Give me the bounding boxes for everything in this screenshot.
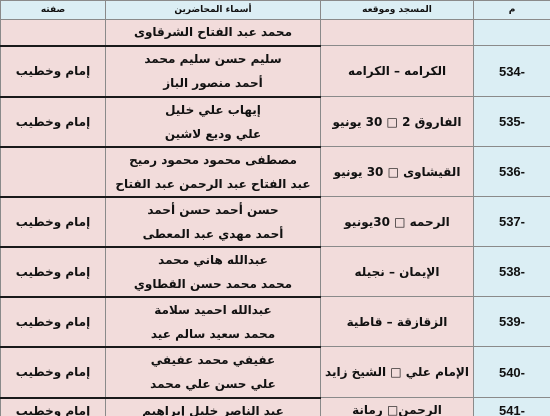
lecturer-names: حسن أحمد حسن أحمدأحمد مهدي عبد المعطى <box>106 197 321 247</box>
table-row: -535الفاروق 2 □ 30 يونيوإيهاب علي خليلعل… <box>1 97 550 147</box>
lecturer-name: مصطفى محمود محمود رميح <box>106 148 320 172</box>
table-row: -538الإيمان – نجيلهعبدالله هاني محمدمحمد… <box>1 247 550 297</box>
lecturer-name: محمد سعيد سالم عيد <box>106 322 320 346</box>
row-number: -535 <box>474 97 550 147</box>
lecturer-name: محمد محمد حسن القطاوي <box>106 272 320 296</box>
lecturer-role: إمام وخطيب <box>1 297 106 347</box>
row-number: -538 <box>474 247 550 297</box>
header-mosque: المسجد وموقعه <box>321 1 474 20</box>
header-row: م المسجد وموقعه أسماء المحاضرين صفته <box>1 1 550 20</box>
mosque-location: الرحمن□ رمانة <box>321 398 474 416</box>
lecturer-names: عبد الناصر خليل إبراهيم <box>106 398 321 416</box>
lecturer-names: عبدالله احميد سلامةمحمد سعيد سالم عيد <box>106 297 321 347</box>
lecturer-name: علي وديع لاشين <box>106 122 320 146</box>
mosque-location: الكرامه – الكرامه <box>321 46 474 97</box>
lecturer-role <box>1 20 106 46</box>
lecturer-role: إمام وخطيب <box>1 197 106 247</box>
lecturer-role: إمام وخطيب <box>1 46 106 97</box>
mosque-location: الرحمه □ 30يونيو <box>321 197 474 247</box>
lecturer-names: إيهاب علي خليلعلي وديع لاشين <box>106 97 321 147</box>
lecturer-role: إمام وخطيب <box>1 97 106 147</box>
mosque-location: الفاروق 2 □ 30 يونيو <box>321 97 474 147</box>
lecturer-name: سليم حسن سليم محمد <box>106 47 320 71</box>
table-row: -536القيشاوى □ 30 يونيومصطفى محمود محمود… <box>1 147 550 197</box>
lecturer-role: إمام وخطيب <box>1 247 106 297</box>
row-number: -541 <box>474 398 550 416</box>
lecturer-names: مصطفى محمود محمود رميحعبد الفتاح عبد الر… <box>106 147 321 197</box>
header-names: أسماء المحاضرين <box>106 1 321 20</box>
lecturer-name: حسن أحمد حسن أحمد <box>106 198 320 222</box>
lecturer-name: محمد عبد الفتاح الشرقاوى <box>106 20 320 44</box>
header-role: صفته <box>1 1 106 20</box>
table-row: -537الرحمه □ 30يونيوحسن أحمد حسن أحمدأحم… <box>1 197 550 247</box>
lecturer-name: أحمد مهدي عبد المعطى <box>106 222 320 246</box>
header-number: م <box>474 1 550 20</box>
table-row: -540الإمام علي □ الشيخ زايدعفيفي محمد عف… <box>1 347 550 398</box>
mosque-location <box>321 20 474 46</box>
mosque-location: الإمام علي □ الشيخ زايد <box>321 347 474 398</box>
lecturer-name: أحمد منصور الباز <box>106 71 320 95</box>
mosque-location: الزقازقة – قاطية <box>321 297 474 347</box>
row-number <box>474 20 550 46</box>
table-row: -534الكرامه – الكرامهسليم حسن سليم محمدأ… <box>1 46 550 97</box>
lecturer-role: إمام وخطيب <box>1 347 106 398</box>
row-number: -539 <box>474 297 550 347</box>
lecturer-names: عفيفي محمد عفيفيعلي حسن علي محمد <box>106 347 321 398</box>
table-row: -539الزقازقة – قاطيةعبدالله احميد سلامةم… <box>1 297 550 347</box>
lecturer-name: عبدالله احميد سلامة <box>106 298 320 322</box>
lecturer-role <box>1 147 106 197</box>
table-body: محمد عبد الفتاح الشرقاوى-534الكرامه – ال… <box>1 20 550 416</box>
row-number: -537 <box>474 197 550 247</box>
lecturer-names: عبدالله هاني محمدمحمد محمد حسن القطاوي <box>106 247 321 297</box>
row-number: -536 <box>474 147 550 197</box>
lecturer-names: محمد عبد الفتاح الشرقاوى <box>106 20 321 46</box>
lecturer-name: عفيفي محمد عفيفي <box>106 348 320 372</box>
mosque-location: الإيمان – نجيله <box>321 247 474 297</box>
lecturer-name: عبد الناصر خليل إبراهيم <box>106 399 320 416</box>
lecturers-table: م المسجد وموقعه أسماء المحاضرين صفته محم… <box>0 0 550 416</box>
table-row: -541الرحمن□ رمانةعبد الناصر خليل إبراهيم… <box>1 398 550 416</box>
row-number: -534 <box>474 46 550 97</box>
lecturer-name: عبد الفتاح عبد الرحمن عبد الفتاح <box>106 172 320 196</box>
lecturer-name: إيهاب علي خليل <box>106 98 320 122</box>
row-number: -540 <box>474 347 550 398</box>
mosque-location: القيشاوى □ 30 يونيو <box>321 147 474 197</box>
lecturer-name: علي حسن علي محمد <box>106 372 320 396</box>
lecturer-names: سليم حسن سليم محمدأحمد منصور الباز <box>106 46 321 97</box>
lecturer-role: إمام وخطيب <box>1 398 106 416</box>
lecturer-name: عبدالله هاني محمد <box>106 248 320 272</box>
table-row: محمد عبد الفتاح الشرقاوى <box>1 20 550 46</box>
